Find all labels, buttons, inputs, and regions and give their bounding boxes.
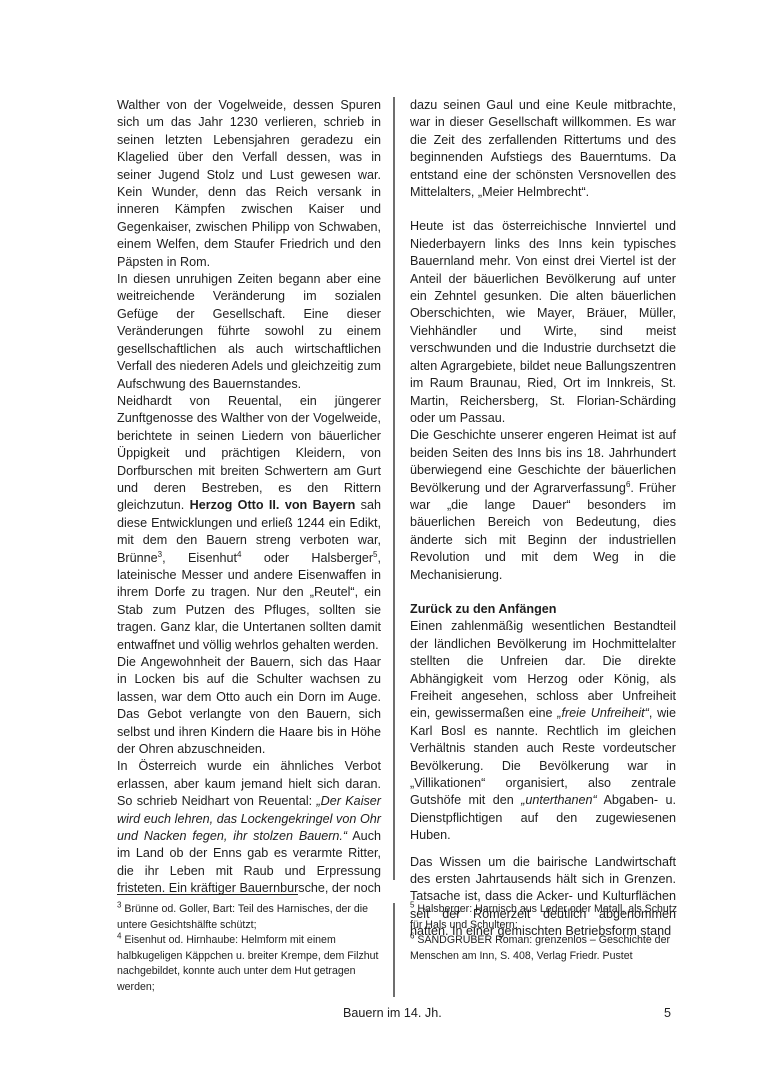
right-column: dazu seinen Gaul und eine Keule mitbrach… [410, 97, 676, 941]
footnote-6: 6 SANDGRUBER Roman: grenzenlos – Geschic… [410, 933, 690, 964]
spacer [410, 201, 676, 218]
footnote-column-divider [393, 903, 395, 997]
footnotes-right: 5 Halsberger: Harnisch aus Leder oder Me… [410, 902, 690, 964]
page-number: 5 [664, 1006, 671, 1020]
paragraph: Einen zahlenmäßig wesentlichen Bestandte… [410, 618, 676, 844]
spacer [410, 845, 676, 854]
quote: „freie Unfreiheit“ [557, 706, 649, 720]
left-column: Walther von der Vogelweide, dessen Spure… [117, 97, 381, 898]
paragraph: Die Angewohnheit der Bauern, sich das Ha… [117, 654, 381, 758]
footnote-text: Eisenhut od. Hirnhaube: Helmform mit ein… [117, 934, 378, 993]
footnote-text: SANDGRUBER Roman: grenzenlos – Geschicht… [410, 934, 670, 962]
paragraph: Die Geschichte unserer engeren Heimat is… [410, 427, 676, 584]
paragraph: In diesen unruhigen Zeiten begann aber e… [117, 271, 381, 393]
footnote-separator [117, 894, 298, 895]
paragraph: Walther von der Vogelweide, dessen Spure… [117, 97, 381, 271]
text-run: Neidhardt von Reuental, ein jüngerer Zun… [117, 394, 381, 512]
text-run: . Früher war „die lange Dauer“ besonders… [410, 481, 676, 582]
spacer [410, 584, 676, 601]
paragraph: Neidhardt von Reuental, ein jüngerer Zun… [117, 393, 381, 654]
text-run: , lateinische Messer und andere Eisenwaf… [117, 551, 381, 652]
paragraph: dazu seinen Gaul und eine Keule mitbrach… [410, 97, 676, 201]
paragraph: In Österreich wurde ein ähnliches Verbot… [117, 758, 381, 897]
footnote-4: 4 Eisenhut od. Hirnhaube: Helmform mit e… [117, 933, 387, 995]
section-heading: Zurück zu den Anfängen [410, 601, 676, 618]
column-divider [393, 97, 395, 880]
text-run: oder Halsberger [241, 551, 373, 565]
footnote-3: 3 Brünne od. Goller, Bart: Teil des Harn… [117, 902, 387, 933]
paragraph: Heute ist das österreichische Innviertel… [410, 218, 676, 427]
footnote-text: Halsberger: Harnisch aus Leder oder Meta… [410, 903, 677, 931]
quote: „unterthanen“ [521, 793, 597, 807]
footnotes-left: 3 Brünne od. Goller, Bart: Teil des Harn… [117, 902, 387, 996]
footnote-5: 5 Halsberger: Harnisch aus Leder oder Me… [410, 902, 690, 933]
footnote-text: Brünne od. Goller, Bart: Teil des Harnis… [117, 903, 368, 931]
text-run: , Eisenhut [162, 551, 237, 565]
footer-title: Bauern im 14. Jh. [343, 1006, 442, 1020]
bold-name: Herzog Otto II. von Bayern [190, 498, 356, 512]
